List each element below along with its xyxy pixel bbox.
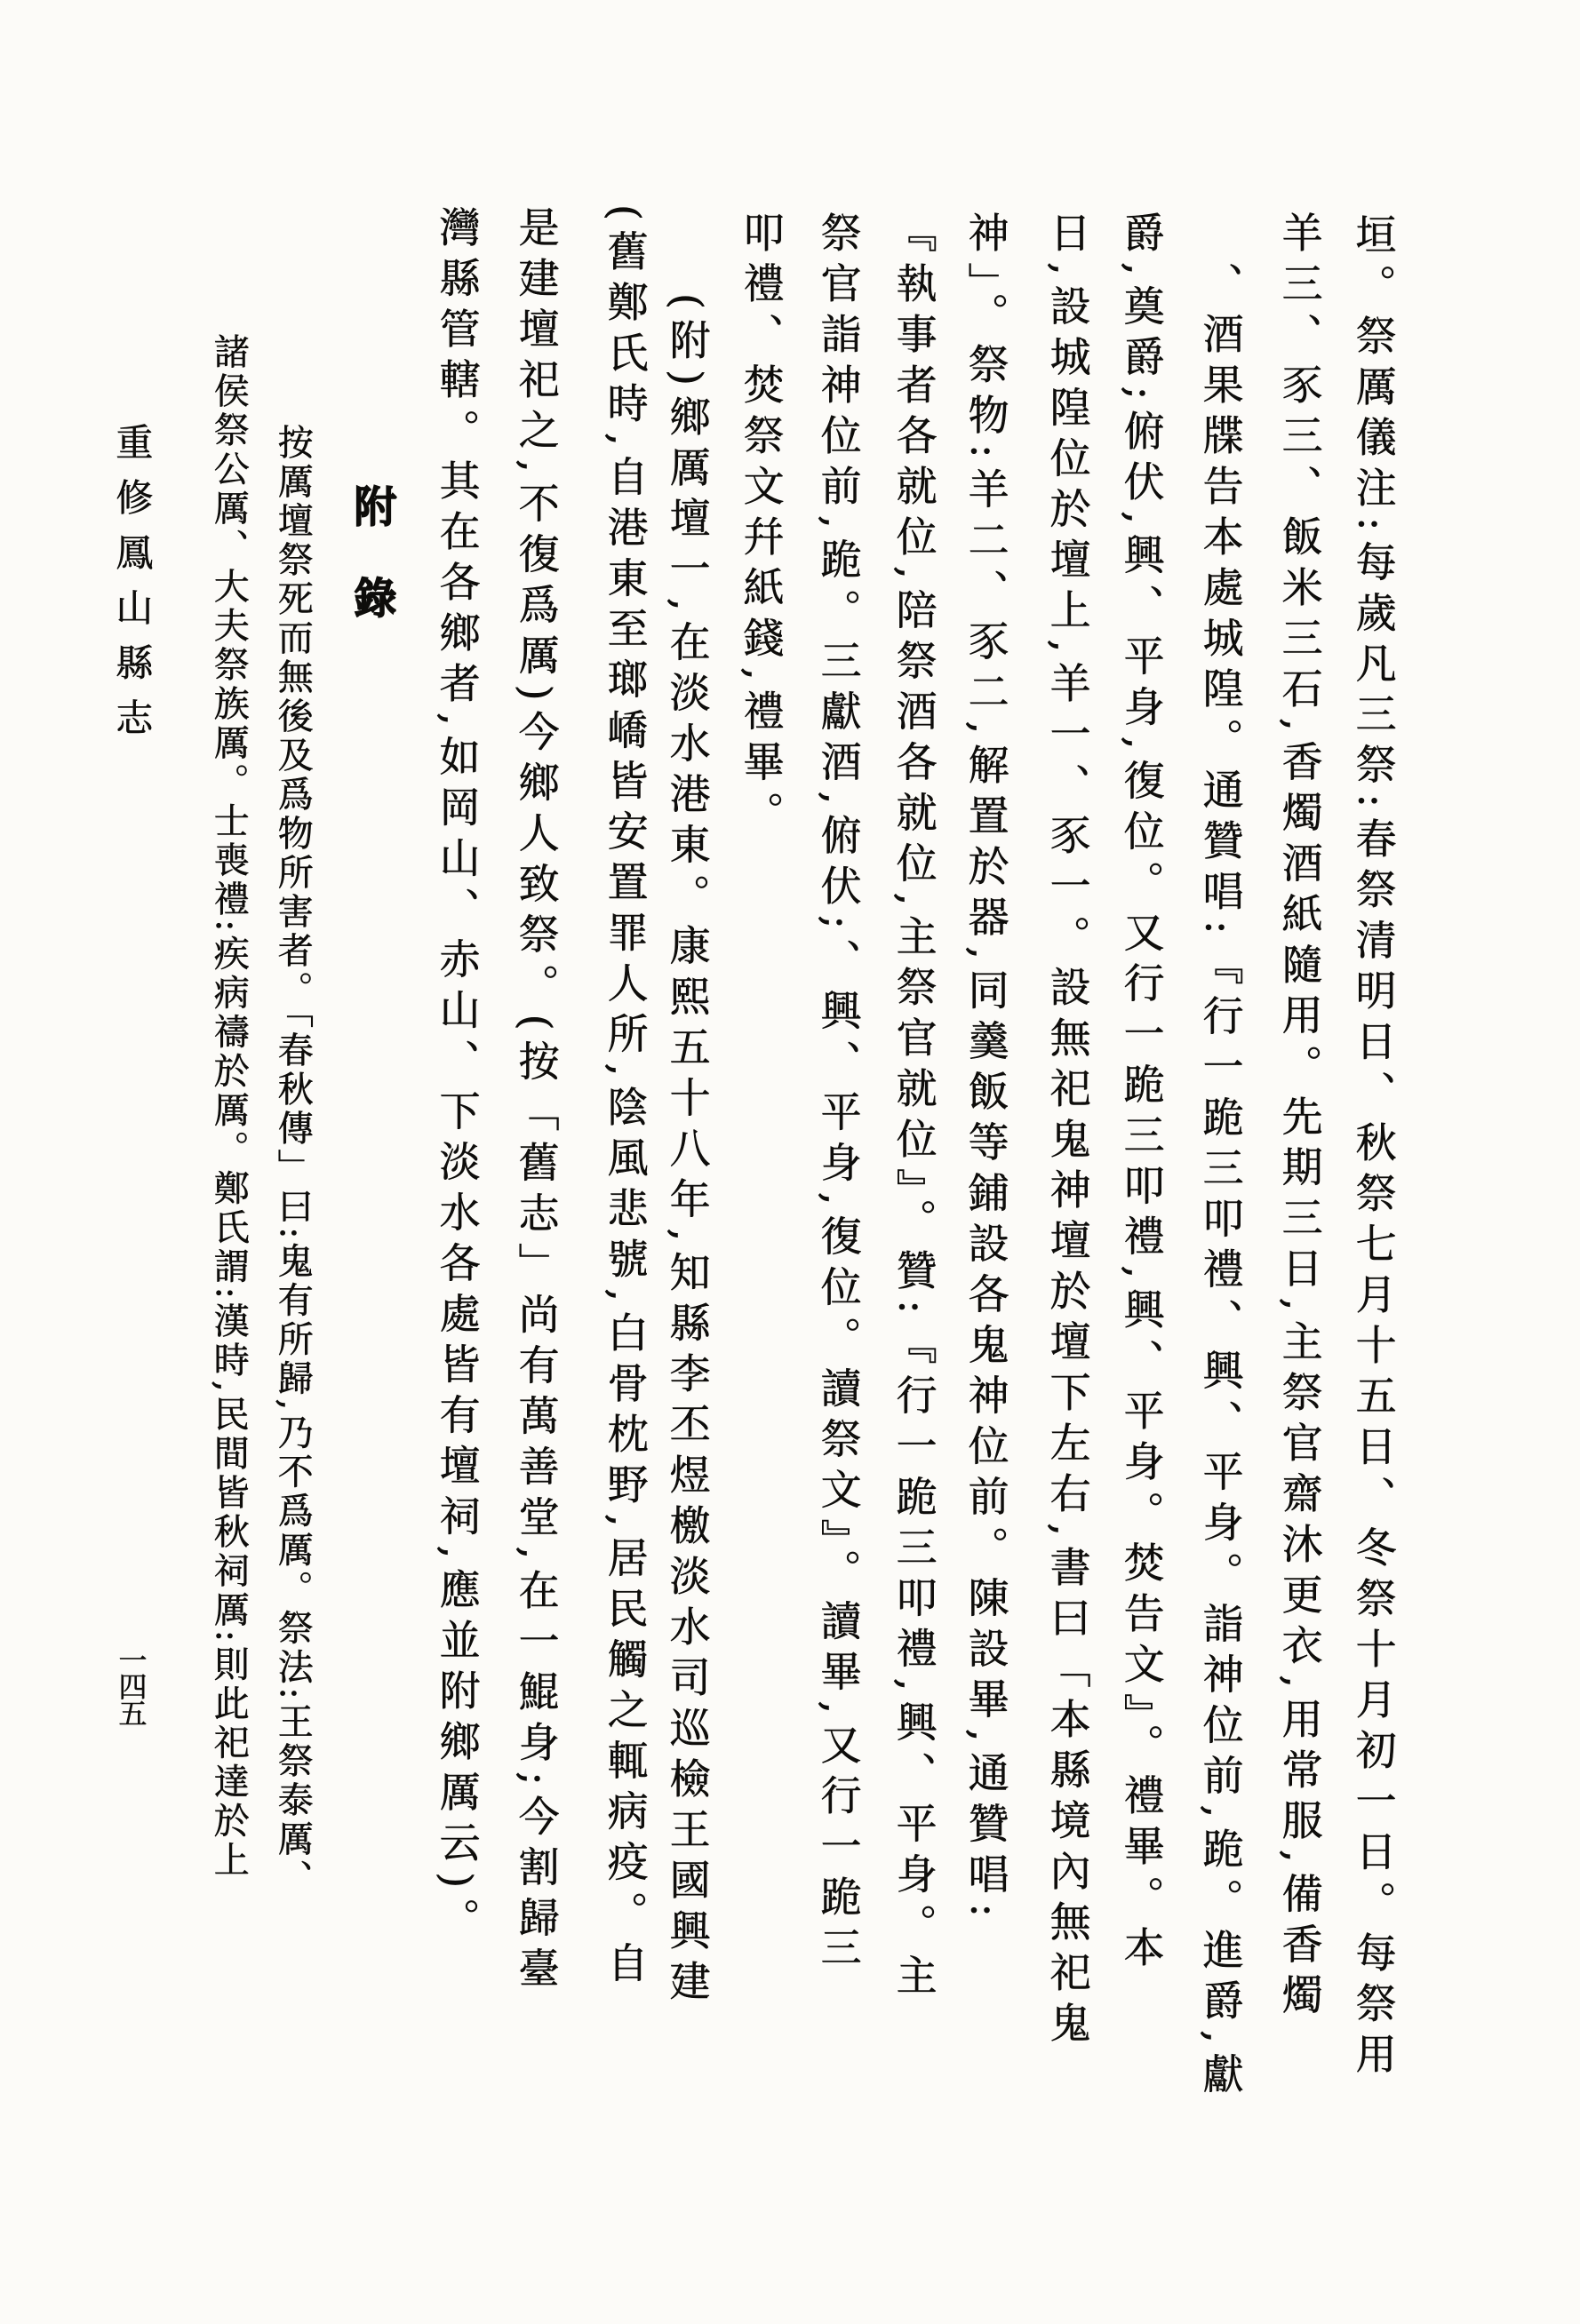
page-number: 一四五 [116,1645,147,1725]
attachment-column-3: 是建壇祀之,不復爲厲)今鄉人致祭。(按「舊志」尚有萬善堂,在一鯤身;今割歸臺 [514,206,558,1998]
text-column-7: 『執事者各就位,陪祭酒各就位,主祭官就位』。贊:『行一跪三叩禮,興、平身。主 [891,211,936,2004]
appendix-column-1: 按厲壇祭死而無後及爲物所害者。「春秋傳」曰:鬼有所歸,乃不爲厲。祭法:王祭泰厲、 [273,424,311,1898]
book-title: 重修鳳山縣志 [112,423,152,753]
attachment-column-1: (附)鄉厲壇一,在淡水港東。康熙五十八年,知縣李丕煜檄淡水司巡檢王國興建 [665,293,709,2010]
text-column-4: 爵,奠爵;俯伏,興、平身,復位。又行一跪三叩禮,興、平身。焚告文』。禮畢。本 [1119,211,1163,1977]
text-column-9: 叩禮、焚祭文幷紙錢,禮畢。 [738,211,783,842]
scanned-gazetteer-page: 垣。祭厲儀注:每歲凡三祭:春祭清明日、秋祭七月十五日、冬祭十月初一日。每祭用 羊… [0,0,1580,2324]
text-column-5: 日,設城隍位於壇上,羊一、豕一。設無祀鬼神壇於壇下左右,書曰「本縣境內無祀鬼 [1045,211,1089,2052]
attachment-column-4: 灣縣管轄。其在各鄉者,如岡山、赤山、下淡水各處皆有壇祠,應並附鄉厲云)。 [435,206,479,1948]
attachment-column-2: (舊鄭氏時,自港東至瑯嶠皆安置罪人所,陰風悲號,白骨枕野,居民觸之輒病疫。自 [602,204,647,1992]
appendix-heading: 附錄 [347,484,394,667]
appendix-column-2: 諸侯祭公厲、大夫祭族厲。士喪禮:疾病禱於厲。鄭氏謂:漢時,民間皆秋祠厲:則此祀達… [209,333,247,1880]
text-column-2: 羊三、豕三、飯米三石,香燭酒紙隨用。先期三日,主祭官齋沐更衣,用常服,備香燭 [1277,211,1321,2025]
text-column-3: 、酒果牒告本處城隍。通贊唱:『行一跪三叩禮、興、平身。詣神位前,跪。進爵,獻 [1198,262,1242,2104]
text-column-6: 神」。祭物:羊二、豕二,解置於器,同羹飯等鋪設各鬼神位前。陳設畢,通贊唱: [963,211,1008,1927]
text-column-8: 祭官詣神位前,跪。三獻酒,俯伏;、興、平身,復位。讀祭文』。讀畢,又行一跪三 [816,211,860,1977]
text-column-1: 垣。祭厲儀注:每歲凡三祭:春祭清明日、秋祭七月十五日、冬祭十月初一日。每祭用 [1351,213,1395,2083]
